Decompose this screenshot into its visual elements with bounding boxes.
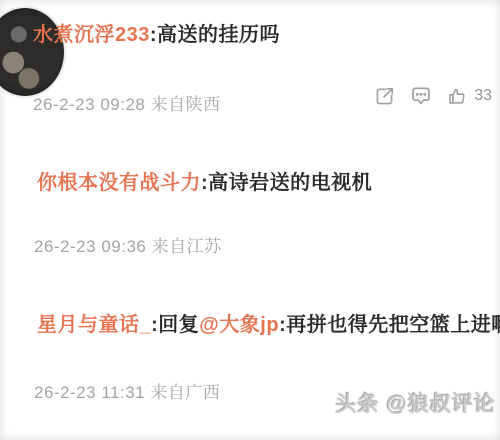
comment-button[interactable] xyxy=(409,84,433,108)
username-link[interactable]: 星月与童话_ xyxy=(37,314,151,336)
comment-row[interactable]: 你根本没有战斗力:高诗岩送的电视机 xyxy=(37,166,372,195)
comment-text: :再拼也得先把空篮上进啊 xyxy=(279,314,500,336)
repost-icon xyxy=(373,85,396,108)
comment-meta: 26-2-23 11:31 来自广西 xyxy=(34,378,220,403)
comment-icon xyxy=(409,84,433,108)
comment-actions: 33 xyxy=(373,84,492,108)
comment-section: 水煮沉浮233:高送的挂历吗 26-2-23 09:28 来自陕西 xyxy=(0,0,500,440)
comment-meta: 26-2-23 09:28 来自陕西 xyxy=(33,90,221,115)
mention-link[interactable]: @大象jp xyxy=(199,314,279,336)
username-link[interactable]: 你根本没有战斗力 xyxy=(37,172,201,194)
repost-button[interactable] xyxy=(373,85,396,108)
comment-row[interactable]: 星月与童话_:回复@大象jp:再拼也得先把空篮上进啊 xyxy=(37,308,500,337)
like-button[interactable] xyxy=(446,85,468,107)
like-count: 33 xyxy=(474,87,492,105)
comment-text: :高诗岩送的电视机 xyxy=(201,172,372,194)
comment-row[interactable]: 水煮沉浮233:高送的挂历吗 xyxy=(33,18,280,47)
comment-meta: 26-2-23 09:36 来自江苏 xyxy=(34,232,222,257)
watermark: 头条 @狼叔评论 xyxy=(336,388,496,418)
comment-text: :高送的挂历吗 xyxy=(150,24,280,46)
reply-label: :回复 xyxy=(151,314,199,336)
thumbs-up-icon xyxy=(446,85,468,107)
username-link[interactable]: 水煮沉浮233 xyxy=(33,24,150,46)
